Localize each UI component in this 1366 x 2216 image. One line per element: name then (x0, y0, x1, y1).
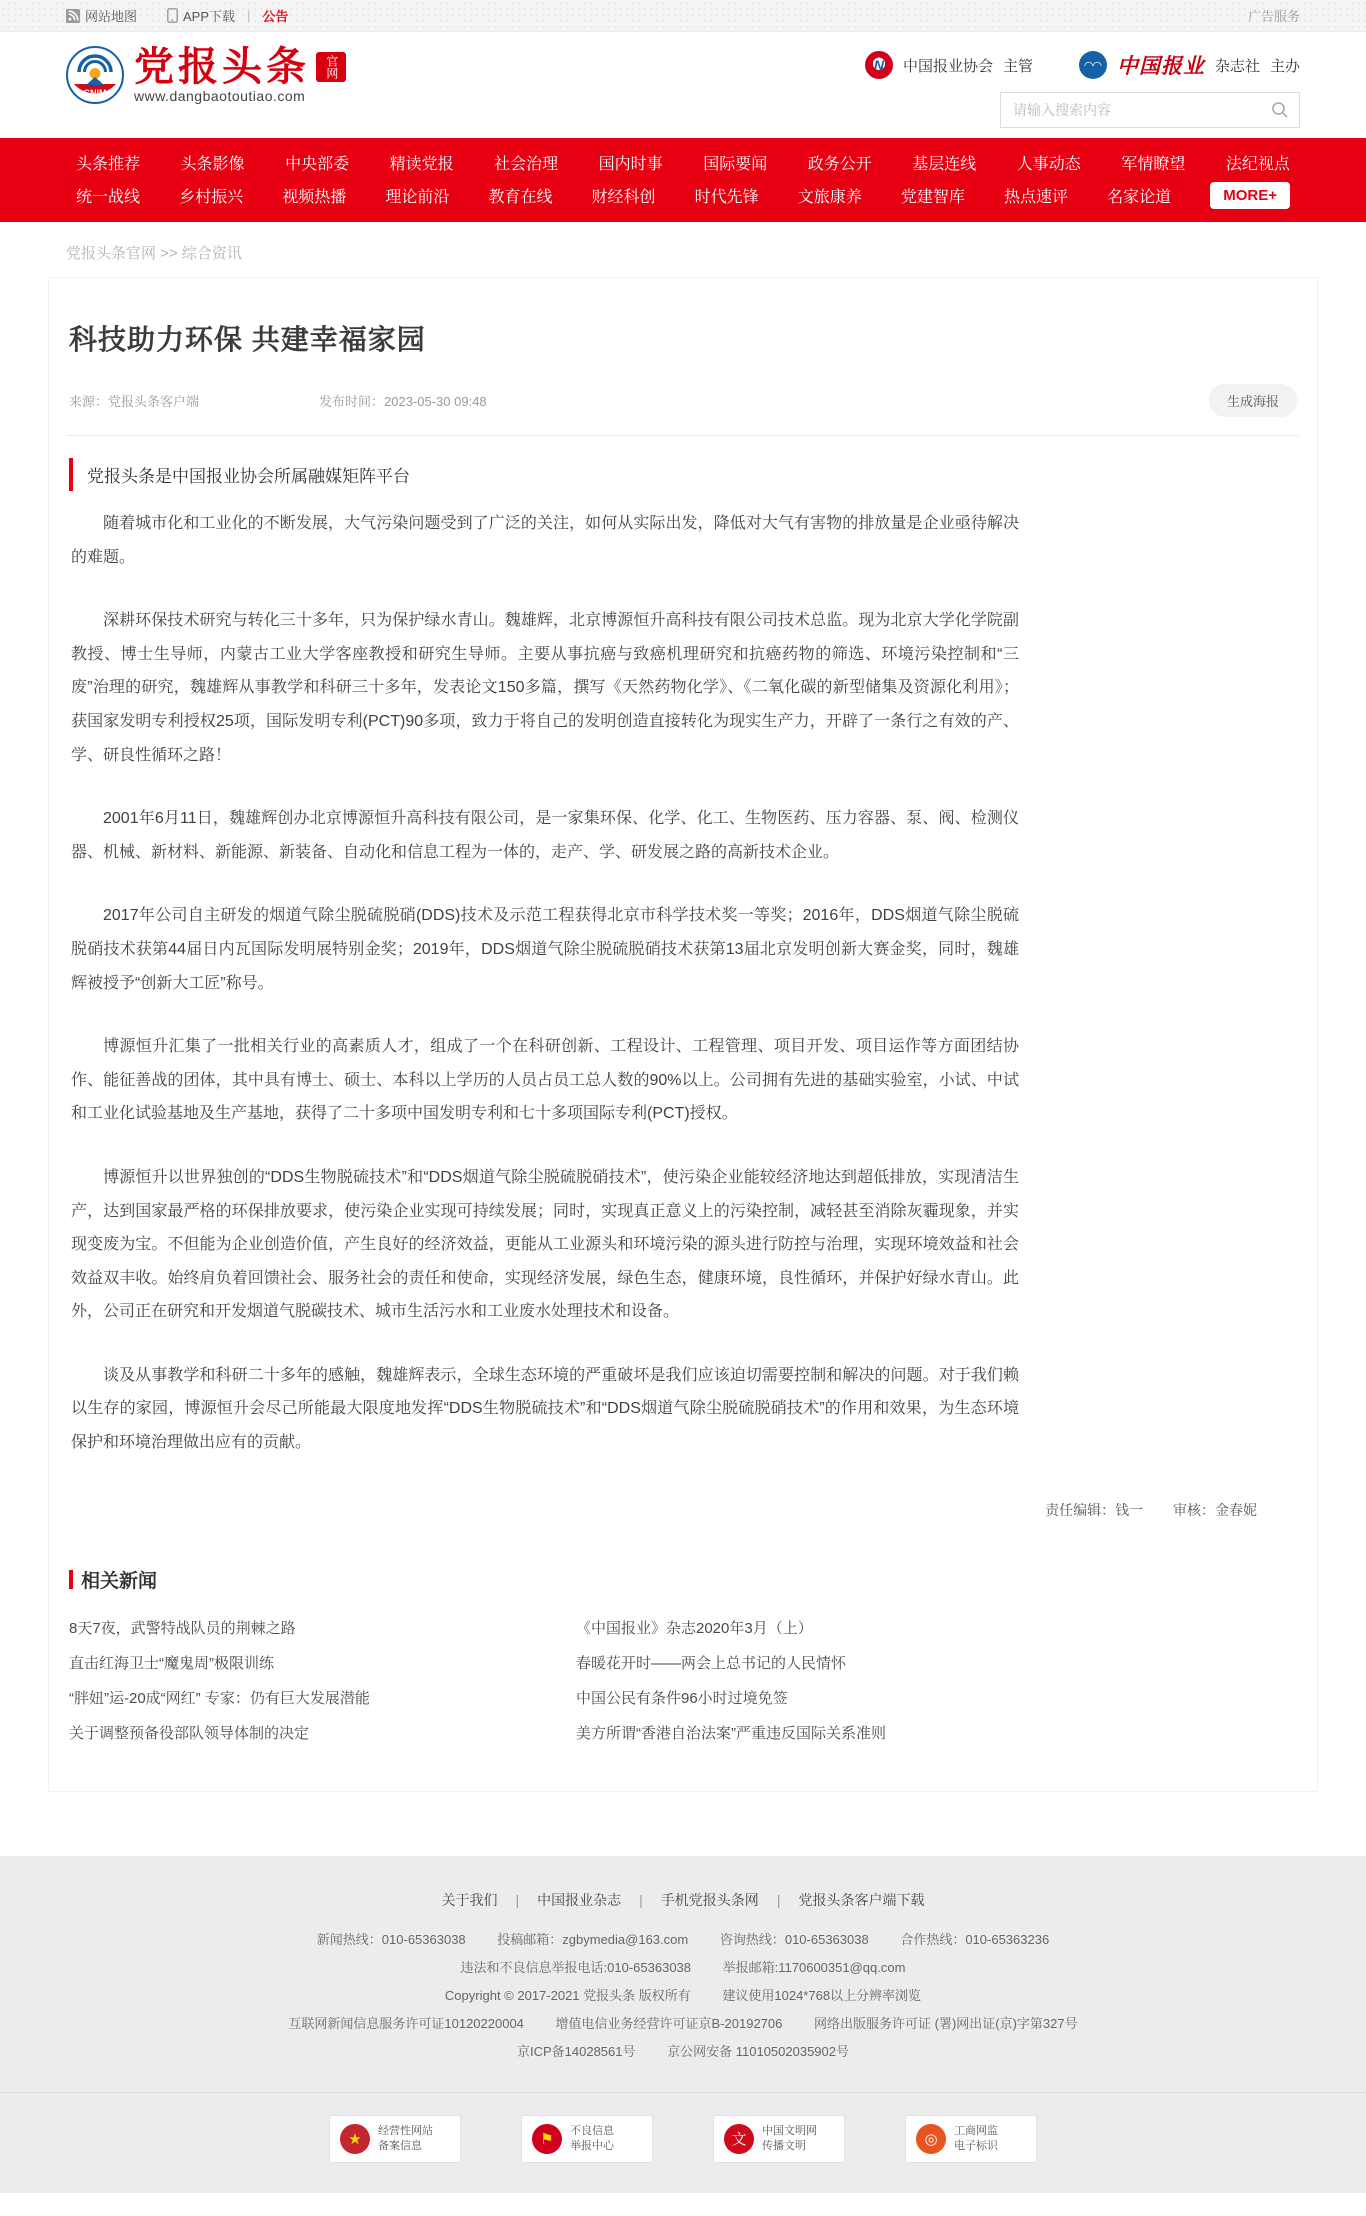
related-news-link[interactable]: 春暖花开时——两会上总书记的人民情怀 (576, 1646, 1297, 1681)
resolution-hint: 建议使用1024*768以上分辨率浏览 (722, 1988, 921, 2003)
ad-service-link[interactable]: 广告服务 (1248, 6, 1300, 25)
site-url: www.dangbaotoutiao.com (134, 88, 305, 104)
badge-line2: 举报中心 (570, 2140, 614, 2152)
badge-line1: 不良信息 (570, 2125, 614, 2137)
article-body: 随着城市化和工业化的不断发展，大气污染问题受到了广泛的关注，如何从实际出发，降低… (69, 507, 1019, 1460)
badge-line1: 工商网监 (954, 2125, 998, 2137)
police-record-number: 京公网安备 11010502035902号 (667, 2044, 849, 2059)
article-paragraph: 2001年6月11日，魏雄辉创办北京博源恒升高科技有限公司，是一家集环保、化学、… (71, 802, 1019, 869)
nav-item-united-front[interactable]: 统一战线 (76, 184, 140, 207)
phone-icon (167, 8, 178, 23)
sponsor1-name: 中国报业协会 (903, 55, 993, 76)
news-service-license: 互联网新闻信息服务许可证10120220004 (288, 2016, 524, 2031)
official-site-stamp: 官网 (316, 52, 346, 82)
app-download-link[interactable]: APP下载 (167, 6, 235, 25)
related-left-column: 8天7夜，武警特战队员的荆棘之路 直击红海卫士“魔鬼周”极限训练 “胖妞”运-2… (69, 1611, 544, 1751)
footer-hotlines: 新闻热线：010-65363038 投稿邮箱：zgbymedia@163.com… (0, 1926, 1366, 1954)
cnim-emblem-icon: CNIM (66, 46, 124, 104)
report-email: 举报邮箱:1170600351@qq.com (723, 1960, 906, 1975)
related-news-link[interactable]: 《中国报业》杂志2020年3月（上） (576, 1611, 1297, 1646)
nav-row-2: 统一战线 乡村振兴 视频热播 理论前沿 教育在线 财经科创 时代先锋 文旅康养 … (76, 179, 1290, 212)
breadcrumb[interactable]: 党报头条官网 >> 综合资讯 (66, 242, 1300, 263)
nav-item-social-governance[interactable]: 社会治理 (494, 151, 558, 174)
site-footer: 关于我们 | 中国报业杂志 | 手机党报头条网 | 党报头条客户端下载 新闻热线… (0, 1856, 1366, 2193)
footer-link-magazine[interactable]: 中国报业杂志 (537, 1890, 621, 1910)
nav-item-personnel[interactable]: 人事动态 (1017, 151, 1081, 174)
related-news-link[interactable]: 关于调整预备役部队领导体制的决定 (69, 1716, 544, 1751)
nav-item-headline-images[interactable]: 头条影像 (181, 151, 245, 174)
related-accent-bar (69, 1570, 73, 1589)
main-navigation: 头条推荐 头条影像 中央部委 精读党报 社会治理 国内时事 国际要闻 政务公开 … (0, 138, 1366, 222)
civilization-emblem-icon: 文 (724, 2124, 754, 2154)
certification-badges: ★ 经营性网站 备案信息 ⚑ 不良信息 举报中心 文 中国文明网 传播文明 ◎ … (0, 2092, 1366, 2193)
article-paragraph: 谈及从事教学和科研二十多年的感触，魏雄辉表示，全球生态环境的严重破坏是我们应该迫… (71, 1359, 1019, 1460)
submission-email: 投稿邮箱：zgbymedia@163.com (497, 1932, 688, 1947)
nav-item-law-discipline[interactable]: 法纪视点 (1226, 151, 1290, 174)
rss-icon (66, 9, 80, 23)
svg-text:CNIM: CNIM (84, 88, 107, 98)
search-box (1000, 92, 1300, 128)
nav-item-headline-recommend[interactable]: 头条推荐 (76, 151, 140, 174)
sponsor1-role: 主管 (1003, 55, 1033, 76)
generate-poster-button[interactable]: 生成海报 (1209, 384, 1297, 417)
telecom-license: 增值电信业务经营许可证京B-20192706 (556, 2016, 783, 2031)
badge-line2: 备案信息 (378, 2140, 422, 2152)
badge-commercial-website-record[interactable]: ★ 经营性网站 备案信息 (329, 2115, 461, 2163)
consult-hotline: 咨询热线：010-65363038 (720, 1932, 869, 1947)
sitemap-link[interactable]: 网站地图 (66, 6, 137, 25)
nav-item-education-online[interactable]: 教育在线 (488, 184, 552, 207)
search-icon[interactable] (1268, 98, 1292, 122)
record-emblem-icon: ★ (340, 2124, 370, 2154)
article-paragraph: 深耕环保技术研究与转化三十多年，只为保护绿水青山。魏雄辉，北京博源恒升高科技有限… (71, 604, 1019, 772)
badge-industry-commerce-mark[interactable]: ◎ 工商网监 电子标识 (905, 2115, 1037, 2163)
badge-line2: 传播文明 (762, 2140, 806, 2152)
badge-illegal-info-report[interactable]: ⚑ 不良信息 举报中心 (521, 2115, 653, 2163)
footer-link-separator: | (516, 1892, 520, 1908)
footer-licenses: 互联网新闻信息服务许可证10120220004 增值电信业务经营许可证京B-20… (0, 2010, 1366, 2038)
nav-item-grassroots[interactable]: 基层连线 (912, 151, 976, 174)
editor-line: 责任编辑：钱一 审核：金春妮 (69, 1500, 1257, 1520)
footer-link-about[interactable]: 关于我们 (442, 1890, 498, 1910)
reviewer: 审核：金春妮 (1173, 1502, 1257, 1518)
footer-copyright: Copyright © 2017-2021 党报头条 版权所有 建议使用1024… (0, 1982, 1366, 2010)
nav-item-gov-affairs[interactable]: 政务公开 (808, 151, 872, 174)
nav-item-central-ministries[interactable]: 中央部委 (285, 151, 349, 174)
meta-divider (67, 435, 1299, 436)
nav-row-1: 头条推荐 头条影像 中央部委 精读党报 社会治理 国内时事 国际要闻 政务公开 … (76, 146, 1290, 179)
related-news-link[interactable]: 直击红海卫士“魔鬼周”极限训练 (69, 1646, 544, 1681)
nav-item-domestic-news[interactable]: 国内时事 (599, 151, 663, 174)
related-news-link[interactable]: 中国公民有条件96小时过境免签 (576, 1681, 1297, 1716)
commerce-emblem-icon: ◎ (916, 2124, 946, 2154)
site-logo[interactable]: CNIM 党报头条 官网 www.dangbaotoutiao.com (66, 46, 346, 104)
site-header: CNIM 党报头条 官网 www.dangbaotoutiao.com N 中国… (0, 32, 1366, 138)
sponsor2-role: 主办 (1270, 55, 1300, 76)
nav-item-famous-forum[interactable]: 名家论道 (1107, 184, 1171, 207)
article-card: 科技助力环保 共建幸福家园 来源：党报头条客户端 发布时间：2023-05-30… (48, 277, 1318, 1792)
nav-item-era-pioneer[interactable]: 时代先锋 (695, 184, 759, 207)
topbar-separator: | (247, 8, 250, 23)
footer-link-separator: | (777, 1892, 781, 1908)
article-paragraph: 博源恒升以世界独创的“DDS生物脱硫技术”和“DDS烟道气除尘脱硫脱硝技术”，使… (71, 1161, 1019, 1329)
responsible-editor: 责任编辑：钱一 (1045, 1502, 1143, 1518)
article-paragraph: 博源恒升汇集了一批相关行业的高素质人才，组成了一个在科研创新、工程设计、工程管理… (71, 1030, 1019, 1131)
footer-link-app-download[interactable]: 党报头条客户端下载 (798, 1890, 924, 1910)
icp-number: 京ICP备14028561号 (517, 2044, 636, 2059)
nav-item-rural-revitalization[interactable]: 乡村振兴 (179, 184, 243, 207)
sponsor2-name: 杂志社 (1215, 55, 1260, 76)
related-news-link[interactable]: 美方所谓“香港自治法案”严重违反国际关系准则 (576, 1716, 1297, 1751)
related-news-title: 相关新闻 (81, 1566, 157, 1593)
nav-more-button[interactable]: MORE+ (1210, 182, 1290, 209)
footer-link-separator: | (639, 1892, 643, 1908)
nav-item-party-thinktank[interactable]: 党建智库 (901, 184, 965, 207)
related-news-link[interactable]: “胖妞”运-20成“网红” 专家：仍有巨大发展潜能 (69, 1681, 544, 1716)
article-publish-time: 发布时间：2023-05-30 09:48 (319, 391, 487, 410)
app-download-label: APP下载 (183, 6, 235, 25)
publish-license: 网络出版服务许可证 (署)网出证(京)字第327号 (814, 2016, 1078, 2031)
magazine-logo-icon: ◠◠ (1079, 51, 1107, 79)
badge-line1: 经营性网站 (378, 2125, 433, 2137)
article-lead-quote: 党报头条是中国报业协会所属融媒矩阵平台 (69, 458, 1297, 491)
nav-item-culture-tourism[interactable]: 文旅康养 (798, 184, 862, 207)
nav-item-hot-comments[interactable]: 热点速评 (1004, 184, 1068, 207)
report-phone: 违法和不良信息举报电话:010-65363038 (461, 1960, 691, 1975)
footer-icp: 京ICP备14028561号 京公网安备 11010502035902号 (0, 2038, 1366, 2066)
news-hotline: 新闻热线：010-65363038 (317, 1932, 466, 1947)
nav-item-finance-tech[interactable]: 财经科创 (592, 184, 656, 207)
related-news-link[interactable]: 8天7夜，武警特战队员的荆棘之路 (69, 1611, 544, 1646)
nav-item-military-watch[interactable]: 军情瞭望 (1121, 151, 1185, 174)
footer-report-line: 违法和不良信息举报电话:010-65363038 举报邮箱:1170600351… (0, 1954, 1366, 1982)
article-meta: 来源：党报头条客户端 发布时间：2023-05-30 09:48 生成海报 (69, 384, 1297, 417)
notice-link[interactable]: 公告 (262, 6, 288, 25)
sponsor2-calligraphy: 中国报业 (1117, 50, 1205, 80)
site-title: 党报头条 (134, 46, 310, 88)
article-paragraph: 随着城市化和工业化的不断发展，大气污染问题受到了广泛的关注，如何从实际出发，降低… (71, 507, 1019, 574)
related-right-column: 《中国报业》杂志2020年3月（上） 春暖花开时——两会上总书记的人民情怀 中国… (576, 1611, 1297, 1751)
nav-item-theory-frontier[interactable]: 理论前沿 (385, 184, 449, 207)
nav-item-hot-videos[interactable]: 视频热播 (282, 184, 346, 207)
badge-line1: 中国文明网 (762, 2125, 817, 2137)
copyright-text: Copyright © 2017-2021 党报头条 版权所有 (445, 1988, 691, 2003)
footer-link-mobile-site[interactable]: 手机党报头条网 (661, 1890, 759, 1910)
article-paragraph: 2017年公司自主研发的烟道气除尘脱硫脱硝(DDS)技术及示范工程获得北京市科学… (71, 899, 1019, 1000)
nav-item-read-party-paper[interactable]: 精读党报 (390, 151, 454, 174)
article-title: 科技助力环保 共建幸福家园 (69, 318, 1297, 358)
report-emblem-icon: ⚑ (532, 2124, 562, 2154)
press-association-logo-icon: N (865, 51, 893, 79)
cooperation-hotline: 合作热线：010-65363236 (900, 1932, 1049, 1947)
footer-links: 关于我们 | 中国报业杂志 | 手机党报头条网 | 党报头条客户端下载 (0, 1890, 1366, 1910)
badge-civilization-net[interactable]: 文 中国文明网 传播文明 (713, 2115, 845, 2163)
sponsor-line: N 中国报业协会 主管 ◠◠ 中国报业 杂志社 主办 (865, 50, 1300, 80)
related-news-section: 相关新闻 8天7夜，武警特战队员的荆棘之路 直击红海卫士“魔鬼周”极限训练 “胖… (69, 1566, 1297, 1751)
top-utility-bar: 网站地图 APP下载 | 公告 广告服务 (0, 0, 1366, 32)
article-source: 来源：党报头条客户端 (69, 391, 199, 410)
search-input[interactable] (1000, 92, 1300, 128)
sitemap-label: 网站地图 (85, 6, 137, 25)
badge-line2: 电子标识 (954, 2140, 998, 2152)
nav-item-international-news[interactable]: 国际要闻 (703, 151, 767, 174)
